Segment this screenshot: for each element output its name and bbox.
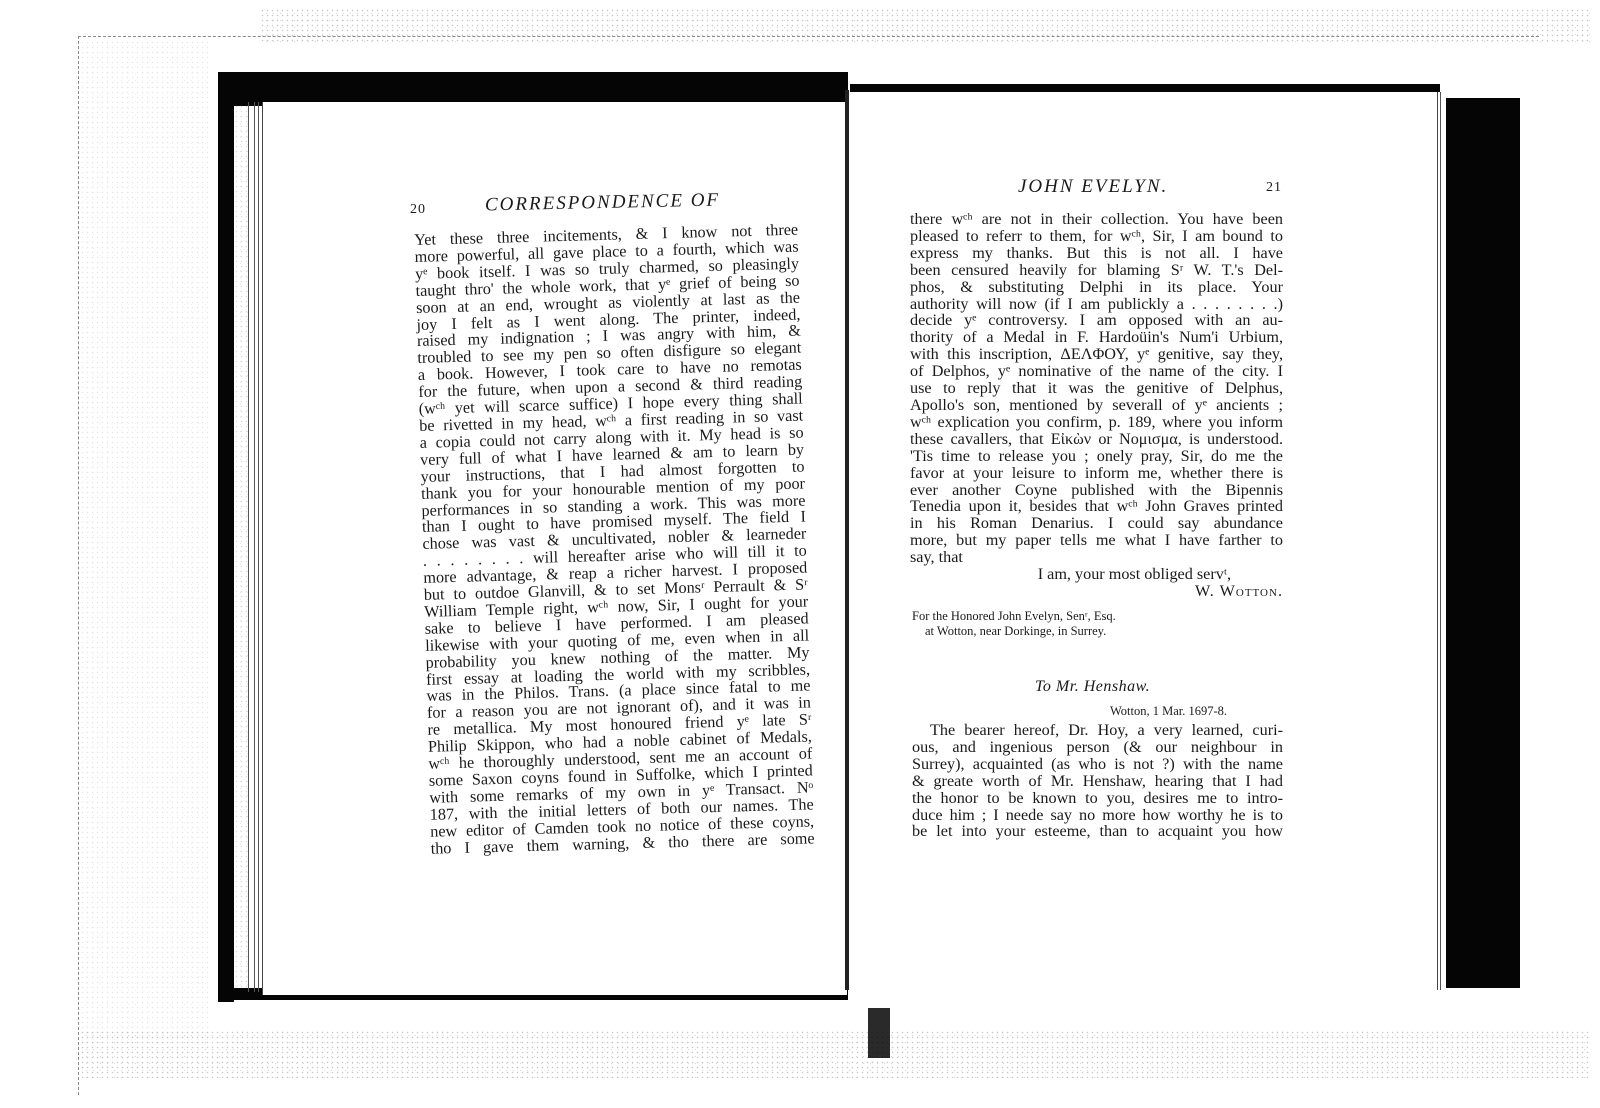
text-line: The bearer hereof, Dr. Hoy, a very learn… [912,722,1283,739]
text-line: thority of a Medal in F. Hardoüin's Num'… [910,329,1283,346]
henshaw-letter-body: The bearer hereof, Dr. Hoy, a very learn… [912,722,1283,840]
letter-signature: W. Wotton. [910,583,1283,600]
left-page-body: Yet these three incitements, & I know no… [414,222,815,858]
text-line: & greate worth of Mr. Henshaw, hearing t… [912,773,1283,790]
page-edge-line [254,102,255,992]
right-board-top-edge [850,84,1440,92]
text-line: these cavallers, that Εἰκὼν or Νομισμα, … [910,431,1283,448]
left-page-edges [234,104,248,990]
text-line: the honor to be known to you, desires me… [912,790,1283,807]
page-edge-line [1440,92,1441,990]
text-line: with this inscription, ΔΕΛΦΟΥ, yᵉ geniti… [910,346,1283,363]
letter-dateline: Wotton, 1 Mar. 1697-8. [1110,704,1227,719]
address-line-1: For the Honored John Evelyn, Senʳ, Esq. [912,609,1116,624]
page-edge-line [248,102,249,992]
text-line: Tenedia upon it, besides that wᶜʰ John G… [910,498,1283,515]
page-number-right: 21 [1266,180,1282,196]
text-line: Surrey), acquainted (as who is not ?) wi… [912,756,1283,773]
text-line: say, that [910,549,1283,566]
text-line: ever another Coyne published with the Bi… [910,482,1283,499]
text-line: more, but my paper tells me what I have … [910,532,1283,549]
text-line: ous, and ingenious person (& our neighbo… [912,739,1283,756]
text-line: duce him ; I neede say no more how worth… [912,807,1283,824]
text-line: of Delphos, yᵉ nominative of the name of… [910,363,1283,380]
text-line: Apollo's son, mentioned by severall of y… [910,397,1283,414]
text-line: there wᶜʰ are not in their collection. Y… [910,211,1283,228]
page-number-left: 20 [410,202,426,218]
text-line: authority will now (if I am publickly a … [910,296,1283,313]
address-line-2: at Wotton, near Dorkinge, in Surrey. [912,624,1116,639]
left-board-left-edge [218,72,234,1002]
right-board-right-edge [1446,98,1520,988]
book-gutter [845,90,849,990]
letter-address: For the Honored John Evelyn, Senʳ, Esq. … [912,609,1116,639]
right-page-body: there wᶜʰ are not in their collection. Y… [910,211,1283,600]
text-line: be let into your esteeme, than to acquai… [912,823,1283,840]
text-line: been censured heavily for blaming Sʳ W. … [910,262,1283,279]
left-board-top-edge [218,72,848,106]
spine-bottom-binding [868,1008,890,1058]
text-line: use to reply that it was the genitive of… [910,380,1283,397]
text-line: in his Roman Denarius. I could say abund… [910,515,1283,532]
text-line: wᶜʰ explication you confirm, p. 189, whe… [910,414,1283,431]
text-line: pleased to referr to them, for wᶜʰ, Sir,… [910,228,1283,245]
text-line: favor at your leisure to inform me, whet… [910,465,1283,482]
letter-closing: I am, your most obliged servᵗ, [910,566,1283,583]
text-line: decide yᵉ controversy. I am opposed with… [910,312,1283,329]
text-line: phos, & substituting Delphi in its place… [910,279,1283,296]
text-line: 'Tis time to release you ; onely pray, S… [910,448,1283,465]
letter-heading: To Mr. Henshaw. [1035,678,1150,696]
page-edge-line [258,102,259,992]
text-line: express my thanks. But this is not all. … [910,245,1283,262]
running-head-right: JOHN EVELYN. [1018,176,1168,198]
